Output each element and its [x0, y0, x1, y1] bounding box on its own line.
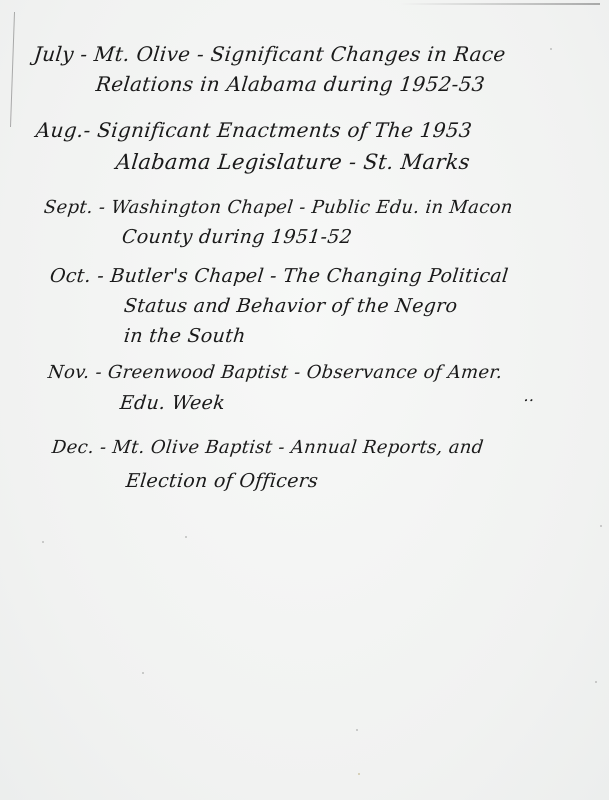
paper-speck [356, 729, 358, 731]
entry-line: Nov. - Greenwood Baptist - Observance of… [47, 362, 504, 383]
entry-line: July - Mt. Olive - Significant Changes i… [33, 42, 507, 66]
margin-pencil-line [10, 12, 15, 127]
entry-line: Relations in Alabama during 1952-53 [95, 72, 486, 96]
entry-line: in the South [123, 325, 247, 347]
paper-speck [550, 48, 552, 50]
entry-line: Oct. - Butler's Chapel - The Changing Po… [49, 265, 510, 287]
entry-line: Alabama Legislature - St. Marks [115, 150, 471, 174]
paper-speck [42, 541, 44, 543]
scan-edge-shadow [400, 3, 600, 5]
entry-line: Status and Behavior of the Negro [123, 295, 459, 317]
paper-speck [358, 773, 360, 775]
paper-speck [185, 536, 187, 538]
document-page: July - Mt. Olive - Significant Changes i… [0, 0, 609, 800]
entry-line: Edu. Week [119, 392, 226, 414]
paper-speck [595, 681, 597, 683]
trailing-mark: .. [523, 386, 536, 405]
entry-line: County during 1951-52 [121, 226, 353, 248]
entry-line: Election of Officers [125, 470, 320, 492]
paper-speck [142, 672, 144, 674]
paper-speck [600, 525, 602, 527]
entry-line: Aug.- Significant Enactments of The 1953 [35, 118, 474, 142]
entry-line: Sept. - Washington Chapel - Public Edu. … [43, 197, 514, 218]
entry-line: Dec. - Mt. Olive Baptist - Annual Report… [51, 437, 485, 458]
